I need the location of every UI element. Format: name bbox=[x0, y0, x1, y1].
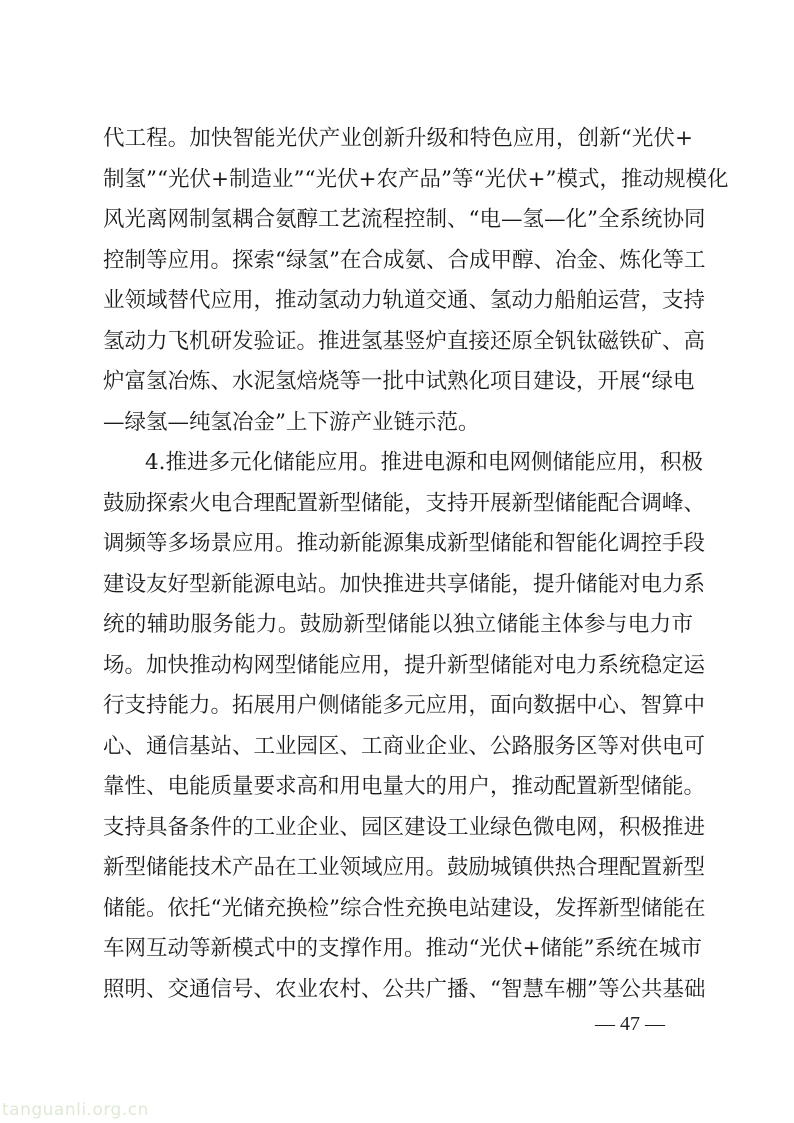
text-line: 心、通信基站、工业园区、工商业企业、公路服务区等对供电可 bbox=[103, 727, 693, 768]
text-line: 业领域替代应用，推动氢动力轨道交通、氢动力船舶运营，支持 bbox=[103, 281, 693, 322]
text-line: 建设友好型新能源电站。加快推进共享储能，提升储能对电力系 bbox=[103, 565, 693, 606]
text-line: 风光离网制氢耦合氨醇工艺流程控制、“电—氢—化”全系统协同 bbox=[103, 200, 693, 241]
text-line: 照明、交通信号、农业农村、公共广播、“智慧车棚”等公共基础 bbox=[103, 970, 693, 1011]
text-line: 储能。依托“光储充换检”综合性充换电站建设，发挥新型储能在 bbox=[103, 889, 693, 930]
section-heading-line: 4.推进多元化储能应用。推进电源和电网侧储能应用，积极 bbox=[103, 443, 693, 484]
text-line: 行支持能力。拓展用户侧储能多元应用，面向数据中心、智算中 bbox=[103, 686, 693, 727]
watermark: tanguanli.org.cn bbox=[2, 1100, 149, 1120]
text-line: 鼓励探索火电合理配置新型储能，支持开展新型储能配合调峰、 bbox=[103, 484, 693, 525]
text-line: 统的辅助服务能力。鼓励新型储能以独立储能主体参与电力市 bbox=[103, 605, 693, 646]
text-line: 靠性、电能质量要求高和用电量大的用户，推动配置新型储能。 bbox=[103, 767, 693, 808]
document-page: 代工程。加快智能光伏产业创新升级和特色应用，创新“光伏+ 制氢”“光伏+制造业”… bbox=[0, 0, 794, 1123]
page-number: — 47 — bbox=[590, 1013, 670, 1036]
text-line: 制氢”“光伏+制造业”“光伏+农产品”等“光伏+”模式，推动规模化 bbox=[103, 160, 693, 201]
text-line: 调频等多场景应用。推动新能源集成新型储能和智能化调控手段 bbox=[103, 524, 693, 565]
text-line: 代工程。加快智能光伏产业创新升级和特色应用，创新“光伏+ bbox=[103, 119, 693, 160]
text-line: 场。加快推动构网型储能应用，提升新型储能对电力系统稳定运 bbox=[103, 646, 693, 687]
text-line: 炉富氢冶炼、水泥氢焙烧等一批中试熟化项目建设，开展“绿电 bbox=[103, 362, 693, 403]
text-line: 控制等应用。探索“绿氢”在合成氨、合成甲醇、冶金、炼化等工 bbox=[103, 241, 693, 282]
body-text: 代工程。加快智能光伏产业创新升级和特色应用，创新“光伏+ 制氢”“光伏+制造业”… bbox=[103, 119, 693, 1010]
paragraph-end-line: —绿氢—纯氢冶金”上下游产业链示范。 bbox=[103, 403, 693, 444]
text-line: 氢动力飞机研发验证。推进氢基竖炉直接还原全钒钛磁铁矿、高 bbox=[103, 322, 693, 363]
text-line: 支持具备条件的工业企业、园区建设工业绿色微电网，积极推进 bbox=[103, 808, 693, 849]
text-line: 新型储能技术产品在工业领域应用。鼓励城镇供热合理配置新型 bbox=[103, 848, 693, 889]
text-line: 车网互动等新模式中的支撑作用。推动“光伏+储能”系统在城市 bbox=[103, 929, 693, 970]
